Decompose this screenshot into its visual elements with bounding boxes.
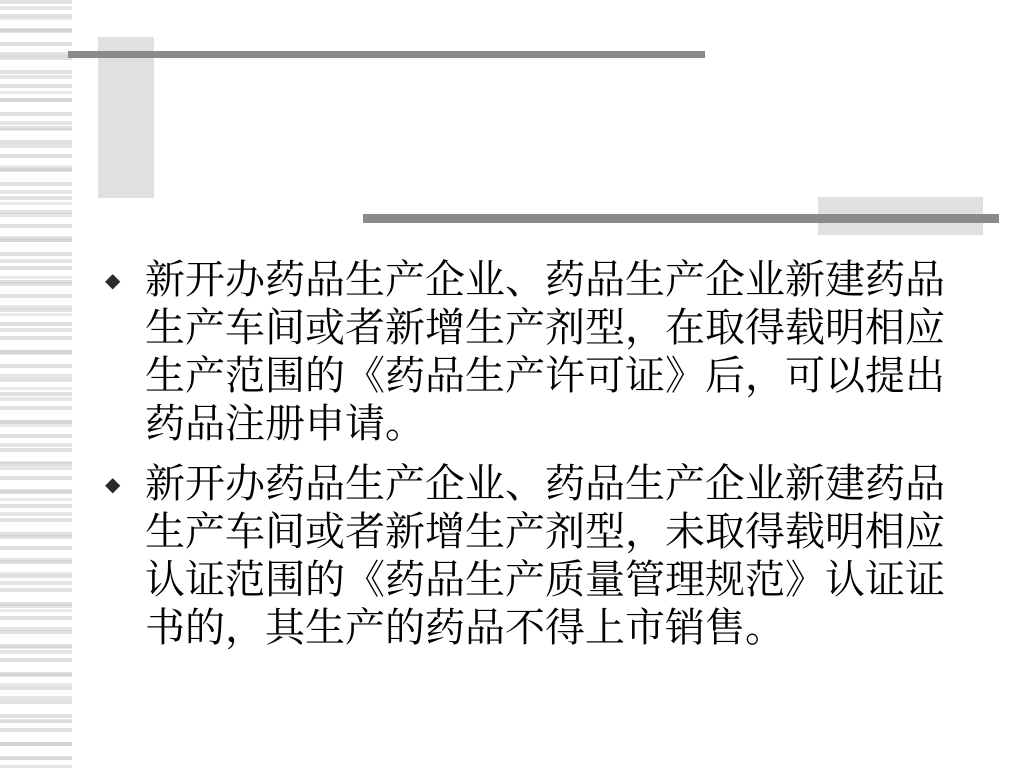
bullet-text: 新开办药品生产企业、药品生产企业新建药品生产车间或者新增生产剂型，在取得载明相应… — [145, 256, 953, 448]
middle-horizontal-rule — [363, 214, 999, 223]
diamond-bullet-icon: ◆ — [100, 460, 145, 508]
top-horizontal-rule — [68, 51, 705, 58]
left-stripe-decoration — [0, 0, 72, 768]
diamond-bullet-icon: ◆ — [100, 256, 145, 304]
top-left-accent-block — [98, 37, 154, 198]
slide: { "slide": { "colors": { "background": "… — [0, 0, 1024, 768]
slide-body: ◆ 新开办药品生产企业、药品生产企业新建药品生产车间或者新增生产剂型，在取得载明… — [100, 256, 964, 652]
bullet-item: ◆ 新开办药品生产企业、药品生产企业新建药品生产车间或者新增生产剂型，在取得载明… — [100, 256, 964, 448]
bullet-text: 新开办药品生产企业、药品生产企业新建药品生产车间或者新增生产剂型，未取得载明相应… — [145, 460, 953, 652]
bullet-item: ◆ 新开办药品生产企业、药品生产企业新建药品生产车间或者新增生产剂型，未取得载明… — [100, 460, 964, 652]
